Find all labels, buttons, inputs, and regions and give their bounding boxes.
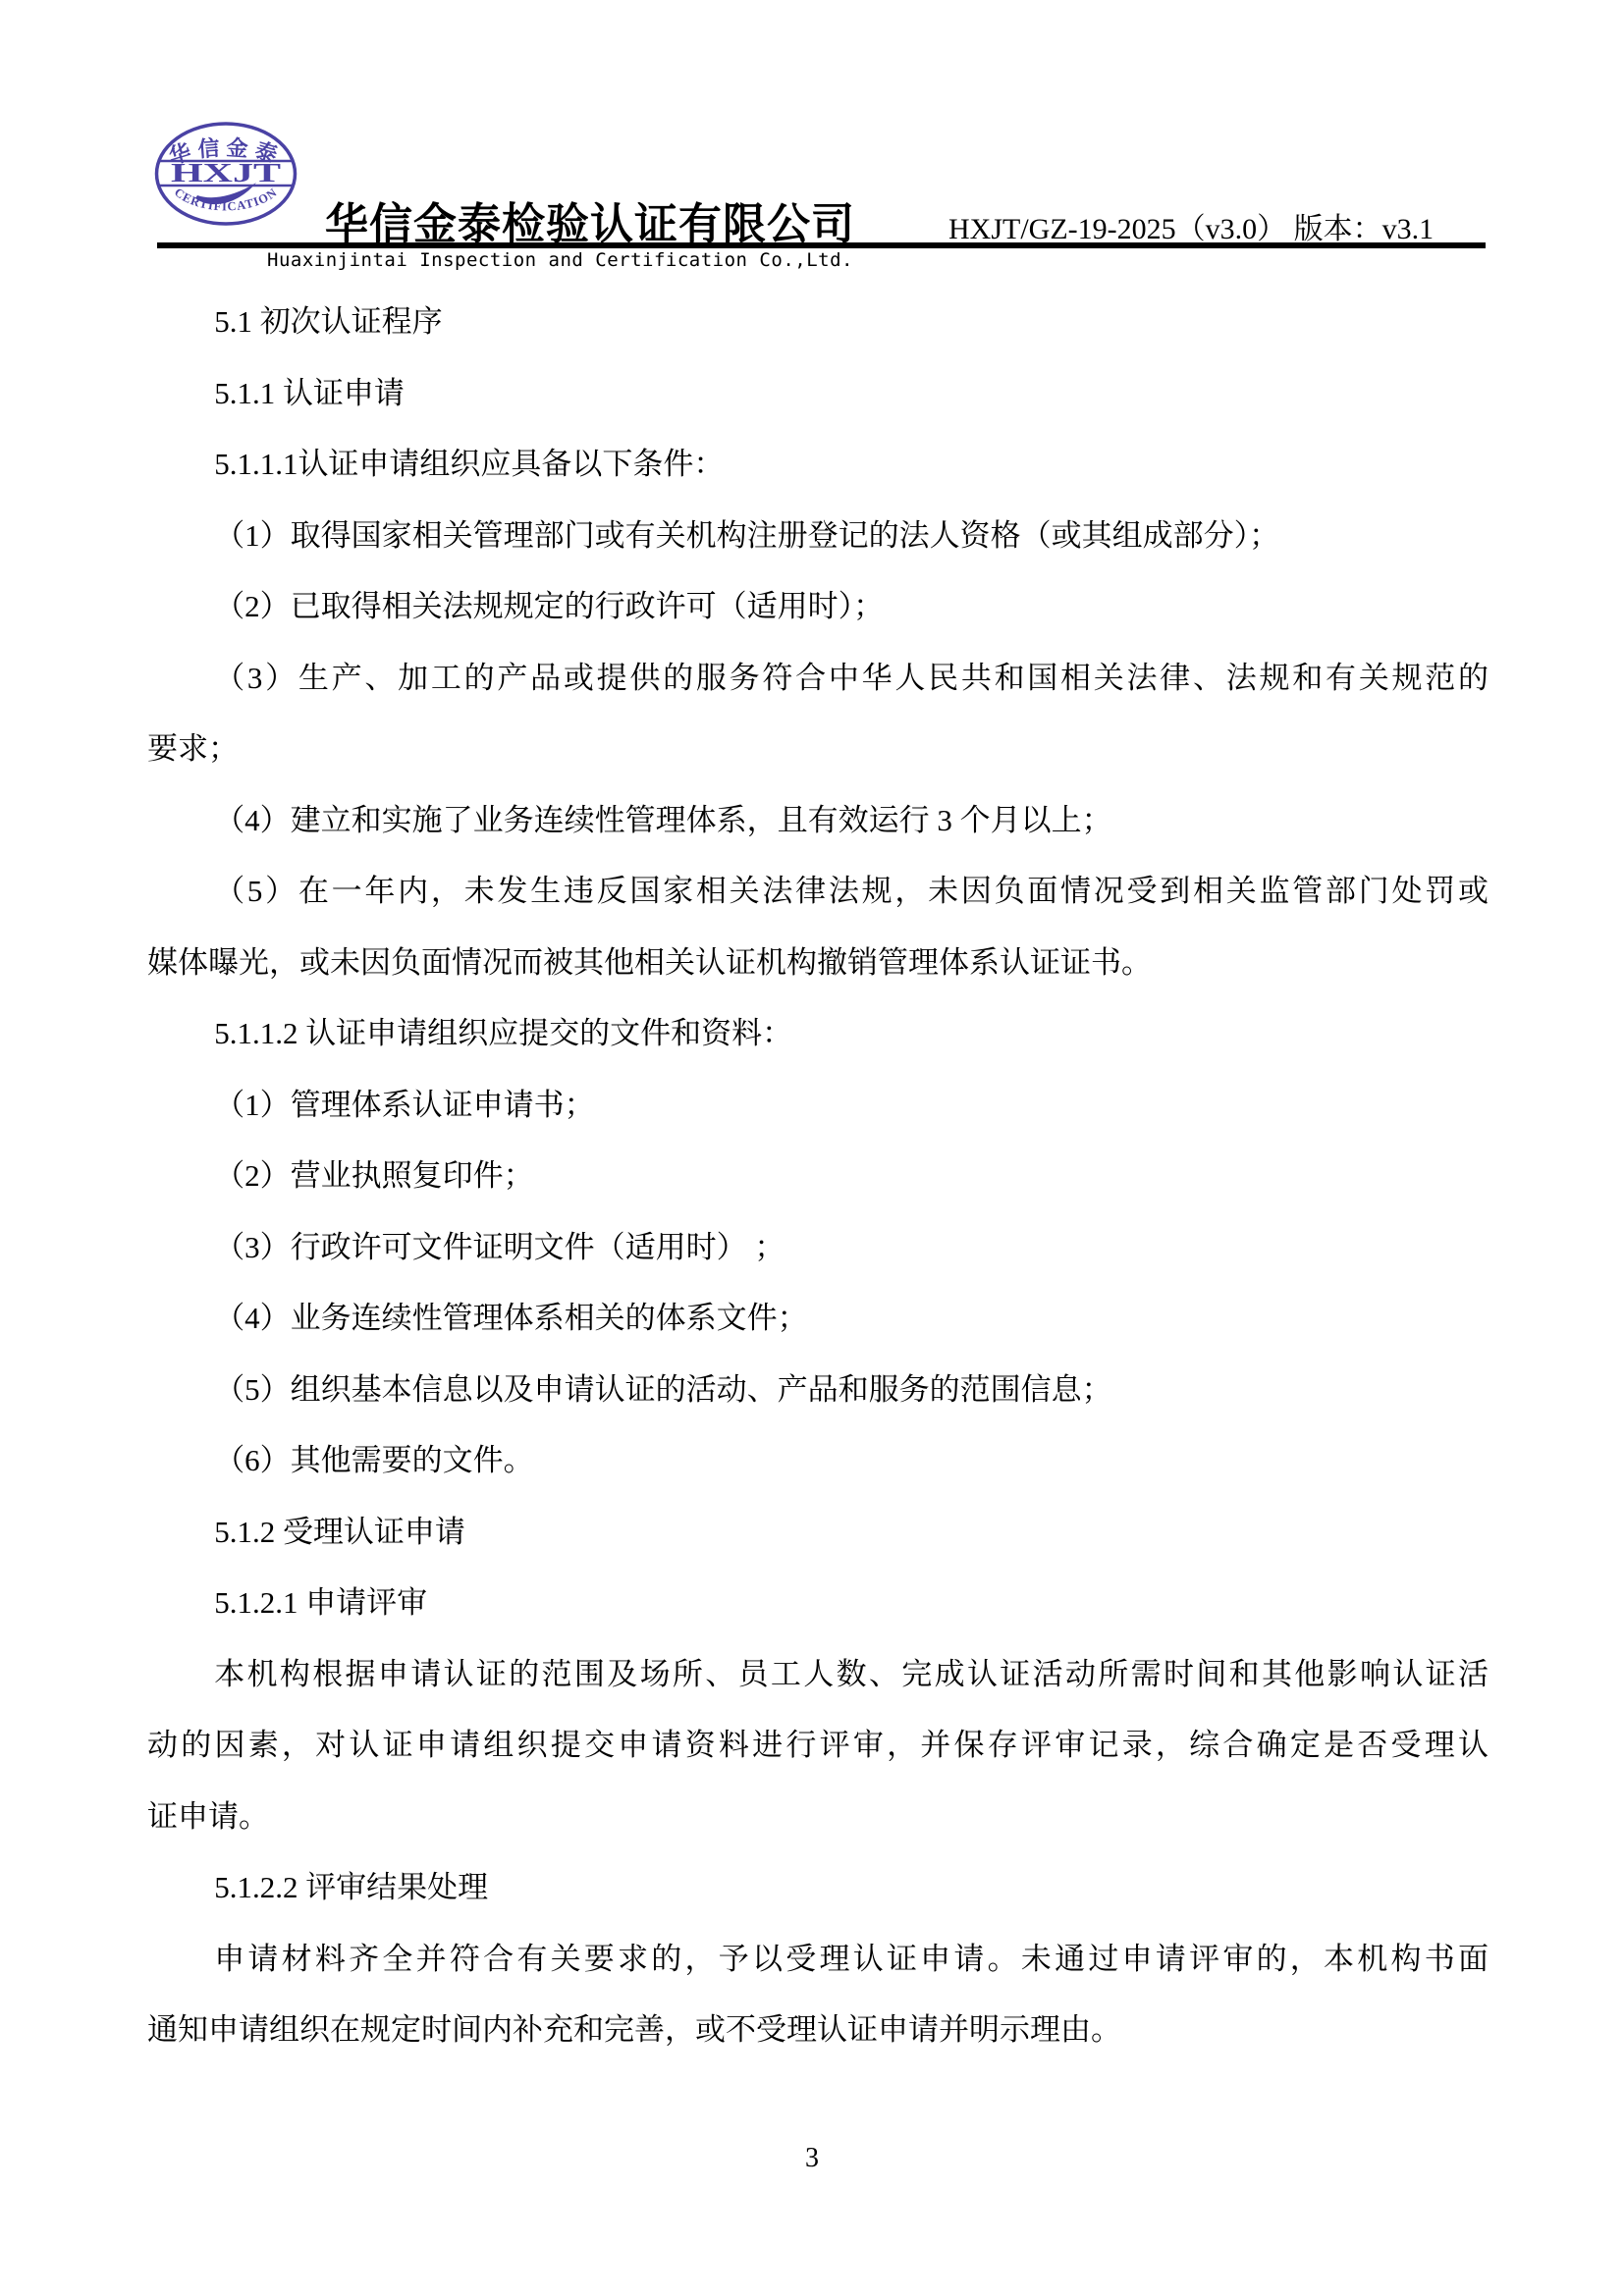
logo-monogram: HXJT — [171, 158, 281, 187]
body-line: （3）行政许可文件证明文件（适用时） ； — [147, 1212, 1489, 1284]
body-line: 动的因素，对认证申请组织提交申请资料进行评审，并保存评审记录，综合确定是否受理认 — [147, 1710, 1489, 1782]
body-line: 要求； — [147, 714, 1489, 785]
body-line: （1）管理体系认证申请书； — [147, 1070, 1489, 1142]
body-line: 申请材料齐全并符合有关要求的，予以受理认证申请。未通过申请评审的，本机构书面 — [147, 1924, 1489, 1996]
document-page: 华信金泰 HXJT CERTIFICATION 华信金泰检验认证有限公司 HXJ… — [0, 0, 1624, 2296]
page-number: 3 — [0, 2143, 1624, 2174]
body-line: 5.1.2.1 申请评审 — [147, 1568, 1489, 1639]
body-line: （4）建立和实施了业务连续性管理体系，且有效运行 3 个月以上； — [147, 785, 1489, 857]
body-line: （4）业务连续性管理体系相关的体系文件； — [147, 1283, 1489, 1355]
body-line: （1）取得国家相关管理部门或有关机构注册登记的法人资格（或其组成部分）； — [147, 501, 1489, 572]
company-name-en: Huaxinjintai Inspection and Certificatio… — [267, 249, 853, 271]
body-line: （5）在一年内，未发生违反国家相关法律法规，未因负面情况受到相关监管部门处罚或 — [147, 856, 1489, 928]
doc-code: HXJT/GZ-19-2025（v3.0） 版本：v3.1 — [948, 204, 1434, 247]
body-line: （5）组织基本信息以及申请认证的活动、产品和服务的范围信息； — [147, 1355, 1489, 1426]
header-rule — [157, 242, 1486, 248]
body-line: 5.1.1.2 认证申请组织应提交的文件和资料： — [147, 998, 1489, 1070]
body-line: 通知申请组织在规定时间内补充和完善，或不受理认证申请并明示理由。 — [147, 1995, 1489, 2066]
body-line: 5.1.1 认证申请 — [147, 358, 1489, 430]
company-logo: 华信金泰 HXJT CERTIFICATION — [154, 122, 298, 226]
body-line: 本机构根据申请认证的范围及场所、员工人数、完成认证活动所需时间和其他影响认证活 — [147, 1639, 1489, 1711]
body-line: 5.1.2.2 评审结果处理 — [147, 1852, 1489, 1924]
body-line: 媒体曝光，或未因负面情况而被其他相关认证机构撤销管理体系认证证书。 — [147, 928, 1489, 999]
body-line: （3）生产、加工的产品或提供的服务符合中华人民共和国相关法律、法规和有关规范的 — [147, 643, 1489, 715]
document-body: 5.1 初次认证程序 5.1.1 认证申请 5.1.1.1认证申请组织应具备以下… — [147, 287, 1489, 2066]
body-line: 证申请。 — [147, 1782, 1489, 1853]
body-line: 5.1.1.1认证申请组织应具备以下条件： — [147, 429, 1489, 501]
body-line: （2）营业执照复印件； — [147, 1141, 1489, 1212]
body-line: 5.1.2 受理认证申请 — [147, 1497, 1489, 1569]
body-line: （6）其他需要的文件。 — [147, 1425, 1489, 1497]
body-line: 5.1 初次认证程序 — [147, 287, 1489, 358]
body-line: （2）已取得相关法规规定的行政许可（适用时）； — [147, 571, 1489, 643]
